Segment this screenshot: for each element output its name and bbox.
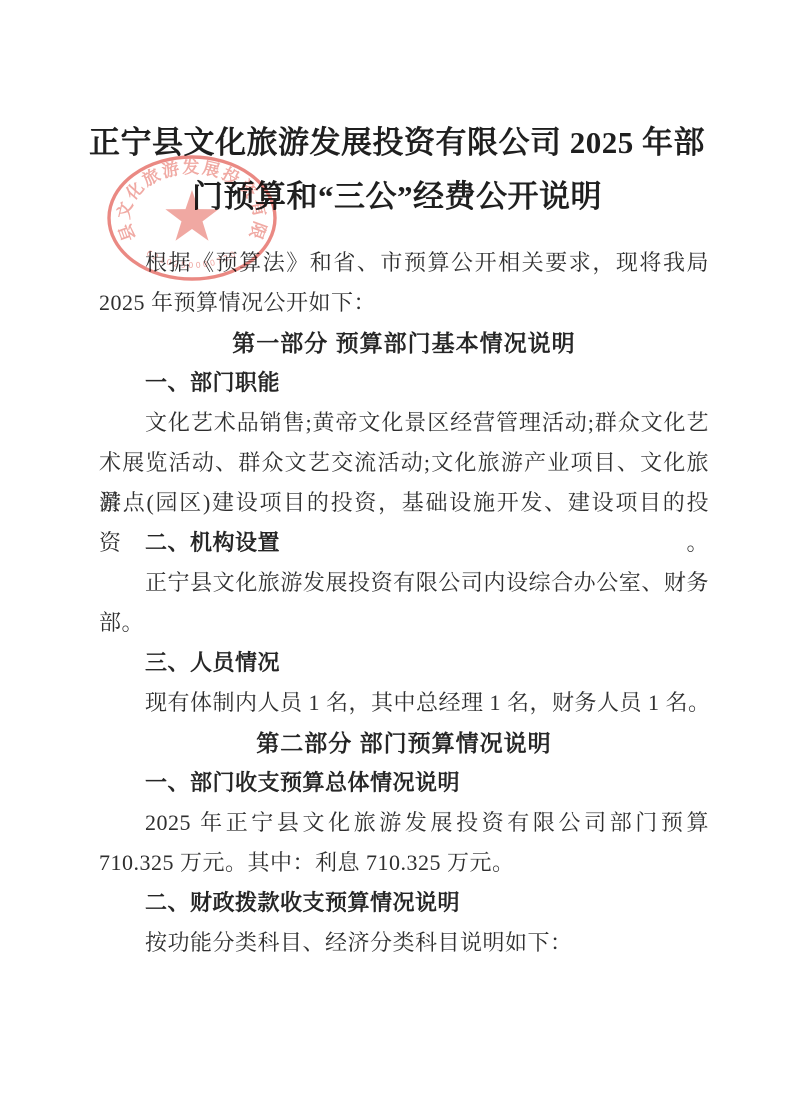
document-body: 根据《预算法》和省、市预算公开相关要求，现将我局2025 年预算情况公开如下：第… (99, 243, 709, 963)
star-icon (165, 190, 218, 241)
text-line: 一、部门收支预算总体情况说明 (99, 763, 709, 803)
text-line: 部。 (99, 603, 709, 643)
text-line: 正宁县文化旅游发展投资有限公司内设综合办公室、财务 (99, 563, 709, 603)
text-line: 文化艺术品销售;黄帝文化景区经营管理活动;群众文化艺 (99, 403, 709, 443)
text-line: 景点(园区)建设项目的投资，基础设施开发、建设项目的投资。 (99, 483, 709, 523)
text-line: 第二部分 部门预算情况说明 (99, 723, 709, 763)
text-line: 三、人员情况 (99, 643, 709, 683)
official-seal-graphic: 正宁县文化旅游发展投资有限公司 6210250000720 (104, 152, 282, 286)
text-line: 按功能分类科目、经济分类科目说明如下： (99, 923, 709, 963)
seal-registration-number: 6210250000720 (145, 248, 240, 270)
text-line: 第一部分 预算部门基本情况说明 (99, 323, 709, 363)
text-line: 现有体制内人员 1 名，其中总经理 1 名，财务人员 1 名。 (99, 683, 709, 723)
text-line: 710.325 万元。其中：利息 710.325 万元。 (99, 843, 709, 883)
official-seal: 正宁县文化旅游发展投资有限公司 6210250000720 (104, 152, 282, 286)
text-line: 一、部门职能 (99, 363, 709, 403)
document-page: 正宁县文化旅游发展投资有限公司 2025 年部 门预算和“三公”经费公开说明 根… (0, 0, 794, 1108)
text-line: 二、财政拨款收支预算情况说明 (99, 883, 709, 923)
text-line: 2025 年预算情况公开如下： (99, 283, 709, 323)
text-line: 2025 年正宁县文化旅游发展投资有限公司部门预算 (99, 803, 709, 843)
seal-number-arc: 6210250000720 (145, 248, 240, 270)
text-line: 术展览活动、群众文艺交流活动;文化旅游产业项目、文化旅游 (99, 443, 709, 483)
